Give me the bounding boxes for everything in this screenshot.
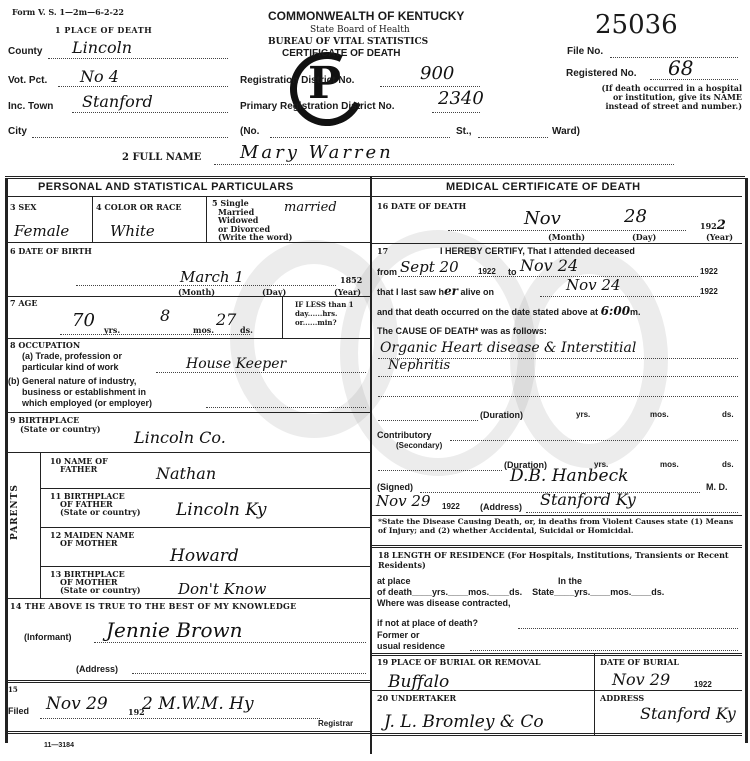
burial-place-value: Buffalo <box>388 672 449 692</box>
marital-labels: 5 Single Married Widowed or Divorced (Wr… <box>212 199 292 242</box>
residence-of-death: of death____yrs.____mos.____ds. State___… <box>377 587 664 597</box>
reg-district-value: 900 <box>420 63 454 84</box>
from-label: from <box>377 267 397 277</box>
hospital-note: (If death occurred in a hospital or inst… <box>600 84 742 111</box>
county-label: County <box>8 46 42 57</box>
occurred-text: and that death occurred on the date stat… <box>377 306 641 317</box>
md-label: M. D. <box>706 482 728 492</box>
attended-to: Nov 24 <box>520 256 578 275</box>
death-year: 1922 <box>700 222 726 230</box>
last-saw-text: that I last saw her alive on <box>377 286 494 297</box>
cause-label: The CAUSE OF DEATH* was as follows: <box>377 326 547 336</box>
undertaker-value: J. L. Bromley & Co <box>384 712 544 732</box>
filed-date: Nov 29 <box>46 694 108 714</box>
occupation-b: (b) General nature of industry, business… <box>8 376 152 409</box>
state-title: COMMONWEALTH OF KENTUCKY <box>268 9 464 23</box>
no-label: (No. <box>240 126 259 137</box>
undertaker-address-label: ADDRESS <box>600 694 644 702</box>
father-name-value: Nathan <box>156 464 216 483</box>
burial-place-label: 19 PLACE OF BURIAL OR REMOVAL <box>377 658 540 666</box>
inc-town-value: Stanford <box>82 92 153 111</box>
age-days: 27 <box>216 310 236 329</box>
physician-signature: D.B. Hanbeck <box>510 466 628 486</box>
occupation-value: House Keeper <box>186 356 286 372</box>
board-title: State Board of Health <box>310 25 410 35</box>
file-number: 25036 <box>595 10 678 40</box>
race-label: 4 COLOR OR RACE <box>96 203 181 211</box>
inc-town-label: Inc. Town <box>8 101 53 112</box>
mother-name-label: 12 MAIDEN NAME OF MOTHER <box>50 531 134 547</box>
marital-value: married <box>284 200 337 215</box>
parents-side-label: PARENTS <box>10 484 20 540</box>
less-than-day: IF LESS than 1 day......hrs. or......min… <box>295 300 354 327</box>
burial-date-label: DATE OF BURIAL <box>600 658 679 666</box>
race-value: White <box>110 222 155 240</box>
father-birthplace-value: Lincoln Ky <box>176 500 266 520</box>
age-years: 70 <box>72 310 95 331</box>
duration-label: (Duration) <box>480 410 523 420</box>
mother-name-value: Howard <box>170 546 239 566</box>
undertaker-address-value: Stanford Ky <box>640 704 736 723</box>
contributory-label: Contributory <box>377 430 432 440</box>
residence-heading: 18 LENGTH OF RESIDENCE (For Hospitals, I… <box>378 550 738 570</box>
last-saw-date: Nov 24 <box>566 276 621 294</box>
footer-code: 11—3184 <box>44 742 74 750</box>
signed-label: (Signed) <box>377 482 413 492</box>
registrar-label: Registrar <box>318 720 353 728</box>
registered-no-value: 68 <box>668 56 693 80</box>
mother-birthplace-label: 13 BIRTHPLACE OF MOTHER (State or countr… <box>50 570 141 594</box>
filed-number: 15 <box>8 686 18 694</box>
filed-label: Filed <box>8 706 29 716</box>
burial-date-value: Nov 29 <box>612 670 670 689</box>
birthplace-label: 9 BIRTHPLACE (State or country) <box>10 416 101 434</box>
death-month: Nov <box>524 208 561 229</box>
attended-from: Sept 20 <box>400 258 459 276</box>
birthplace-value: Lincoln Co. <box>134 428 226 447</box>
death-day: 28 <box>624 206 647 227</box>
form-id: Form V. S. 1—2m—6-2-22 <box>12 8 124 16</box>
secondary-label: (Secondary) <box>396 442 442 450</box>
informant-value: Jennie Brown <box>106 618 243 642</box>
medical-heading: MEDICAL CERTIFICATE OF DEATH <box>446 181 641 193</box>
informant-label: (Informant) <box>24 632 72 642</box>
certificate-title: CERTIFICATE OF DEATH <box>282 48 401 59</box>
full-name-value: Mary Warren <box>240 142 394 163</box>
personal-heading: PERSONAL AND STATISTICAL PARTICULARS <box>38 181 294 193</box>
date-of-death-label: 16 DATE OF DEATH <box>377 202 466 210</box>
sex-label: 3 SEX <box>10 203 36 211</box>
informant-address-label: (Address) <box>76 664 118 674</box>
signed-date: Nov 29 <box>376 492 431 510</box>
age-label: 7 AGE <box>10 299 38 307</box>
father-name-label: 10 NAME OF FATHER <box>50 457 108 473</box>
undertaker-label: 20 UNDERTAKER <box>377 694 456 702</box>
cause-line-2: Nephritis <box>388 358 450 373</box>
file-no-label: File No. <box>567 46 603 57</box>
informant-heading: 14 THE ABOVE IS TRUE TO THE BEST OF MY K… <box>10 602 297 610</box>
st-label: St., <box>456 126 472 137</box>
sex-value: Female <box>14 222 69 240</box>
full-name-label: 2 FULL NAME <box>122 152 201 163</box>
place-of-death-label: 1 PLACE OF DEATH <box>55 26 152 34</box>
cause-footnote: *State the Disease Causing Death, or, in… <box>378 518 738 535</box>
primary-reg-value: 2340 <box>438 88 484 109</box>
registrar-signature: 2 M.W.M. Hy <box>142 694 254 714</box>
bureau-title: BUREAU OF VITAL STATISTICS <box>268 37 428 47</box>
dob-year: 1852 <box>340 276 362 284</box>
physician-address-label: (Address) <box>480 502 522 512</box>
certify-text: I HEREBY CERTIFY, That I attended deceas… <box>440 246 635 256</box>
mother-birthplace-value: Don't Know <box>178 580 266 598</box>
occupation-label: 8 OCCUPATION <box>10 341 80 349</box>
father-birthplace-label: 11 BIRTHPLACE OF FATHER (State or countr… <box>50 492 141 516</box>
dob-label: 6 DATE OF BIRTH <box>10 247 92 255</box>
vot-pct-label: Vot. Pct. <box>8 75 47 86</box>
primary-reg-label: Primary Registration District No. <box>240 101 394 112</box>
vot-pct-value: No 4 <box>80 67 119 86</box>
cause-line-1: Organic Heart disease & Interstitial <box>380 340 636 356</box>
ward-label: Ward) <box>552 126 580 137</box>
registered-no-label: Registered No. <box>566 68 637 79</box>
age-months: 8 <box>160 306 170 325</box>
physician-address-value: Stanford Ky <box>540 490 636 509</box>
county-value: Lincoln <box>72 38 132 57</box>
dob-month-day: March 1 <box>180 268 244 286</box>
reg-district-label: Registration District No. <box>240 75 354 86</box>
city-label: City <box>8 126 27 137</box>
occupation-a: (a) Trade, profession or particular kind… <box>22 351 122 373</box>
